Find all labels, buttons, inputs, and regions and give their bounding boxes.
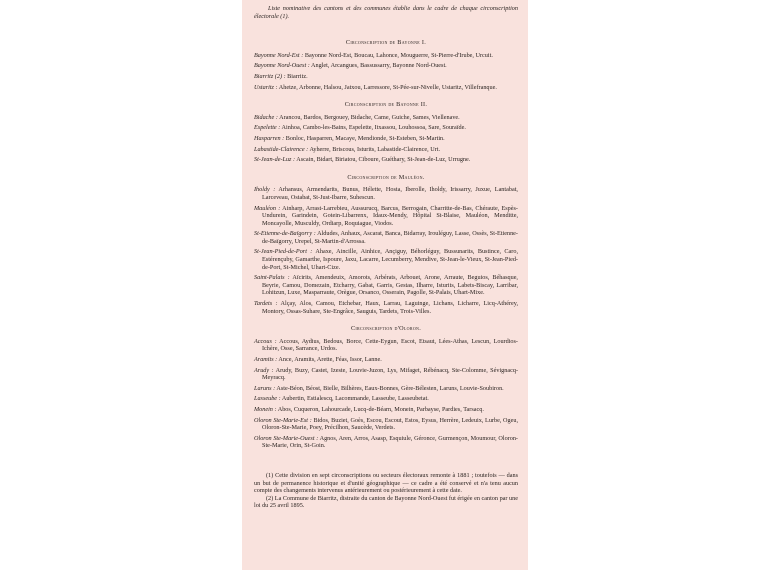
canton-name: Mauléon : <box>254 205 280 212</box>
canton-name: Arudy : <box>254 367 274 374</box>
canton-entry: Arudy : Arudy, Buzy, Castet, Izeste, Lou… <box>254 367 518 382</box>
communes-list: Bonloc, Hasparren, Macaye, Mendionde, St… <box>286 135 445 142</box>
canton-entry: Hasparren : Bonloc, Hasparren, Macaye, M… <box>254 135 518 143</box>
communes-list: Aste-Béon, Béost, Bielle, Bilhères, Eaux… <box>276 385 503 392</box>
canton-name: Monein : <box>254 406 277 413</box>
canton-entry: Aramits : Ance, Aramits, Arette, Féas, I… <box>254 356 518 364</box>
communes-list: Ahetze, Arbonne, Halsou, Jatxou, Larress… <box>279 84 497 91</box>
section-title: Circonscription d'Oloron. <box>254 325 518 333</box>
canton-name: Lasseube : <box>254 395 281 402</box>
canton-entry: Laruns : Aste-Béon, Béost, Bielle, Bilhè… <box>254 385 518 393</box>
intro-text: Liste nominative des cantons et des comm… <box>254 5 518 20</box>
canton-name: Oloron Ste-Marie-Est : <box>254 417 312 424</box>
communes-list: Ayherre, Briscous, Isturits, Labastide-C… <box>309 146 440 153</box>
canton-entry: Biarritz (2) : Biarritz. <box>254 73 518 81</box>
communes-list: Arudy, Buzy, Castet, Izeste, Louvie-Juzo… <box>262 367 518 382</box>
canton-entry: Tardets : Alçay, Alos, Camou, Etchebar, … <box>254 300 518 315</box>
canton-name: St-Jean-de-Luz : <box>254 156 295 163</box>
canton-entry: Ustaritz : Ahetze, Arbonne, Halsou, Jatx… <box>254 84 518 92</box>
communes-list: Ainharp, Arrast-Larrebieu, Aussurucq, Ba… <box>262 205 518 227</box>
section-title: Circonscription de Mauléon. <box>254 174 518 182</box>
footnotes: (1) Cette division en sept circonscripti… <box>254 472 518 510</box>
canton-entry: Espelette : Ainhoa, Cambo-les-Bains, Esp… <box>254 124 518 132</box>
canton-entry: Oloron Ste-Marie-Est : Bidos, Buziet, Go… <box>254 417 518 432</box>
footnote: (1) Cette division en sept circonscripti… <box>254 472 518 495</box>
canton-name: Labastide-Clairence : <box>254 146 308 153</box>
canton-name: Laruns : <box>254 385 275 392</box>
canton-entry: Lasseube : Aubertin, Estialescq, Lacomma… <box>254 395 518 403</box>
canton-entry: St-Jean-de-Luz : Ascain, Bidart, Biriato… <box>254 156 518 164</box>
communes-list: Abos, Cuqueron, Lahourcade, Lucq-de-Béar… <box>278 406 484 413</box>
canton-entry: Bayonne Nord-Est : Bayonne Nord-Est, Bou… <box>254 52 518 60</box>
communes-list: Ascain, Bidart, Biriatou, Ciboure, Guéth… <box>296 156 470 163</box>
canton-entry: Mauléon : Ainharp, Arrast-Larrebieu, Aus… <box>254 205 518 228</box>
canton-name: Bayonne Nord-Est : <box>254 52 303 59</box>
canton-entry: Bayonne Nord-Ouest : Anglet, Arcangues, … <box>254 62 518 70</box>
canton-name: Bidache : <box>254 114 278 121</box>
communes-list: Biarritz. <box>287 73 307 80</box>
communes-list: Aubertin, Estialescq, Lacommande, Lasseu… <box>282 395 429 402</box>
canton-name: Bayonne Nord-Ouest : <box>254 62 310 69</box>
canton-entry: Saint-Palais : Aïcirits, Amendeuix, Amor… <box>254 274 518 297</box>
canton-name: Espelette : <box>254 124 280 131</box>
canton-entry: Labastide-Clairence : Ayherre, Briscous,… <box>254 146 518 154</box>
canton-name: Iholdy : <box>254 186 275 193</box>
footnote: (2) La Commune de Biarritz, distraite du… <box>254 495 518 510</box>
canton-name: Aramits : <box>254 356 277 363</box>
communes-list: Ainhoa, Cambo-les-Bains, Espelette, Itxa… <box>282 124 466 131</box>
canton-entry: Accous : Accous, Aydius, Bedous, Borce, … <box>254 338 518 353</box>
communes-list: Arancou, Bardos, Bergouey, Bidache, Came… <box>279 114 460 121</box>
sections-container: Circonscription de Bayonne I.Bayonne Nor… <box>254 39 518 450</box>
canton-name: Saint-Palais : <box>254 274 290 281</box>
communes-list: Bayonne Nord-Est, Boucau, Lahonce, Mougu… <box>305 52 493 59</box>
canton-name: St-Etienne-de-Baïgorry : <box>254 230 316 237</box>
canton-entry: Iholdy : Arhansus, Armendarits, Bunus, H… <box>254 186 518 201</box>
canton-name: Accous : <box>254 338 277 345</box>
canton-entry: Bidache : Arancou, Bardos, Bergouey, Bid… <box>254 114 518 122</box>
canton-entry: St-Etienne-de-Baïgorry : Aldudes, Anhaux… <box>254 230 518 245</box>
canton-name: Hasparren : <box>254 135 284 142</box>
canton-name: Oloron Ste-Marie-Ouest : <box>254 435 318 442</box>
canton-name: Biarritz (2) : <box>254 73 286 80</box>
canton-entry: Monein : Abos, Cuqueron, Lahourcade, Luc… <box>254 406 518 414</box>
communes-list: Aïcirits, Amendeuix, Amorots, Arbérats, … <box>262 274 518 296</box>
communes-list: Alçay, Alos, Camou, Etchebar, Haux, Larr… <box>262 300 518 315</box>
canton-entry: St-Jean-Pied-de-Port : Ahaxe, Aincille, … <box>254 248 518 271</box>
canton-entry: Oloron Ste-Marie-Ouest : Agnos, Aren, Ar… <box>254 435 518 450</box>
section-title: Circonscription de Bayonne I. <box>254 39 518 47</box>
canton-name: Tardets : <box>254 300 278 307</box>
document-page: Liste nominative des cantons et des comm… <box>242 0 528 570</box>
section-title: Circonscription de Bayonne II. <box>254 101 518 109</box>
communes-list: Arhansus, Armendarits, Bunus, Hélette, H… <box>262 186 518 201</box>
canton-name: St-Jean-Pied-de-Port : <box>254 248 312 255</box>
communes-list: Anglet, Arcangues, Bassussarry, Bayonne … <box>311 62 447 69</box>
communes-list: Ance, Aramits, Arette, Féas, Issor, Lann… <box>278 356 381 363</box>
canton-name: Ustaritz : <box>254 84 278 91</box>
communes-list: Accous, Aydius, Bedous, Borce, Cette-Eyg… <box>262 338 518 353</box>
